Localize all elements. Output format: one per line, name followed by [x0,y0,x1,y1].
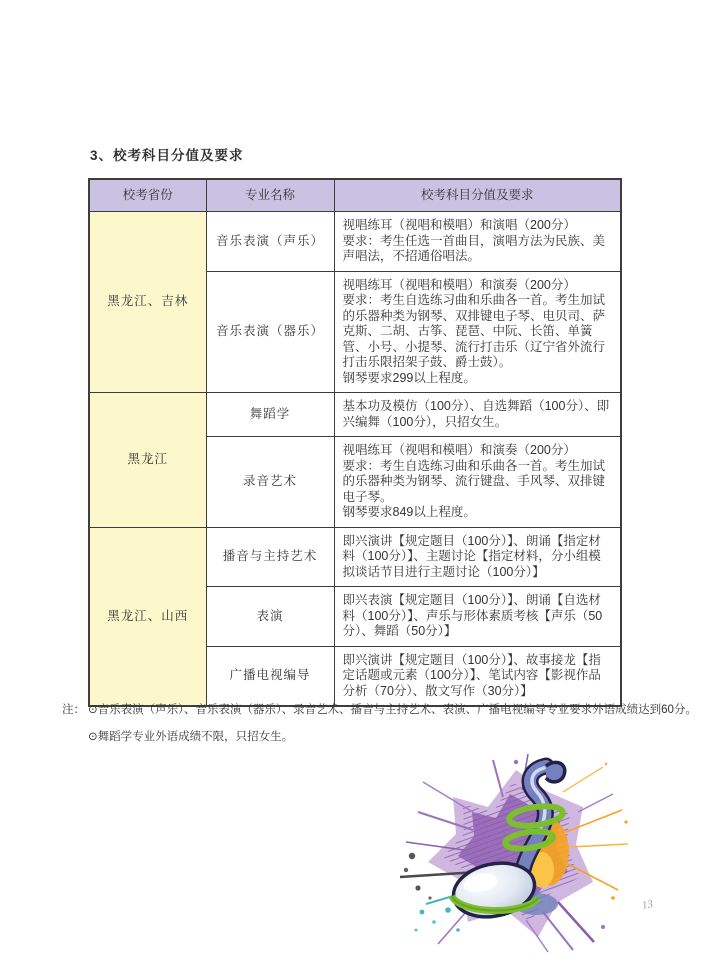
header-major: 专业名称 [206,179,334,212]
requirements-cell: 即兴演讲【规定题目（100分）】、故事接龙【指定话题或元素（100分）】、笔试内… [334,646,621,706]
major-cell: 广播电视编导 [206,646,334,706]
table-row: 黑龙江舞蹈学基本功及模仿（100分）、自选舞蹈（100分）、即兴编舞（100分）… [89,393,621,437]
province-cell: 黑龙江 [89,393,206,528]
exam-table-body: 黑龙江、吉林音乐表演（声乐）视唱练耳（视唱和模唱）和演唱（200分）要求：考生任… [89,212,621,707]
paint-splatter [400,754,628,952]
requirement-paragraph: 基本功及模仿（100分）、自选舞蹈（100分）、即兴编舞（100分），只招女生。 [343,399,613,430]
requirement-paragraph: 钢琴要求849以上程度。 [343,505,613,521]
major-cell: 表演 [206,587,334,647]
requirements-cell: 即兴表演【规定题目（100分）】、朗诵【自选材料（100分）】、声乐与形体素质考… [334,587,621,647]
footnotes: 注： ⊙音乐表演（声乐）、音乐表演（器乐）、录音艺术、播音与主持艺术、表演、广播… [62,702,697,756]
requirements-cell: 视唱练耳（视唱和模唱）和演奏（200分）要求：考生自选练习曲和乐曲各一首。考生加… [334,271,621,393]
note-item: ⊙舞蹈学专业外语成绩不限，只招女生。 [88,729,697,745]
music-note-graphic [398,752,633,957]
section-title: 3、校考科目分值及要求 [90,144,244,164]
note-items: ⊙音乐表演（声乐）、音乐表演（器乐）、录音艺术、播音与主持艺术、表演、广播电视编… [88,702,697,756]
table-row: 黑龙江、吉林音乐表演（声乐）视唱练耳（视唱和模唱）和演唱（200分）要求：考生任… [89,212,621,272]
requirement-paragraph: 即兴演讲【规定题目（100分）】、朗诵【指定材料（100分）】、主题讨论【指定材… [343,534,613,581]
province-cell: 黑龙江、山西 [89,527,206,706]
table-header-row: 校考省份 专业名称 校考科目分值及要求 [89,179,621,212]
exam-requirements-table: 校考省份 专业名称 校考科目分值及要求 黑龙江、吉林音乐表演（声乐）视唱练耳（视… [88,178,622,707]
header-requirements: 校考科目分值及要求 [334,179,621,212]
major-cell: 录音艺术 [206,437,334,528]
requirement-paragraph: 即兴演讲【规定题目（100分）】、故事接龙【指定话题或元素（100分）】、笔试内… [343,653,613,700]
major-cell: 音乐表演（器乐） [206,271,334,393]
requirement-paragraph: 视唱练耳（视唱和模唱）和演奏（200分） [343,278,613,294]
requirement-paragraph: 要求：考生自选练习曲和乐曲各一首。考生加试的乐器种类为钢琴、双排键电子琴、电贝司… [343,293,613,371]
province-cell: 黑龙江、吉林 [89,212,206,393]
major-cell: 音乐表演（声乐） [206,212,334,272]
major-cell: 舞蹈学 [206,393,334,437]
page-number: 13 [641,898,654,912]
requirement-paragraph: 要求：考生自选练习曲和乐曲各一首。考生加试的乐器种类为钢琴、流行键盘、手风琴、双… [343,459,613,506]
note-item: ⊙音乐表演（声乐）、音乐表演（器乐）、录音艺术、播音与主持艺术、表演、广播电视编… [88,702,697,718]
requirements-cell: 基本功及模仿（100分）、自选舞蹈（100分）、即兴编舞（100分），只招女生。 [334,393,621,437]
requirements-cell: 视唱练耳（视唱和模唱）和演奏（200分）要求：考生自选练习曲和乐曲各一首。考生加… [334,437,621,528]
requirement-paragraph: 视唱练耳（视唱和模唱）和演奏（200分） [343,443,613,459]
requirement-paragraph: 钢琴要求299以上程度。 [343,371,613,387]
requirement-paragraph: 视唱练耳（视唱和模唱）和演唱（200分） [343,218,613,234]
header-province: 校考省份 [89,179,206,212]
requirement-paragraph: 即兴表演【规定题目（100分）】、朗诵【自选材料（100分）】、声乐与形体素质考… [343,593,613,640]
requirement-paragraph: 要求：考生任选一首曲目，演唱方法为民族、美声唱法，不招通俗唱法。 [343,234,613,265]
major-cell: 播音与主持艺术 [206,527,334,587]
note-prefix: 注： [62,702,85,756]
requirements-cell: 视唱练耳（视唱和模唱）和演唱（200分）要求：考生任选一首曲目，演唱方法为民族、… [334,212,621,272]
document-page: 3、校考科目分值及要求 校考省份 专业名称 校考科目分值及要求 黑龙江、吉林音乐… [0,0,709,969]
requirements-cell: 即兴演讲【规定题目（100分）】、朗诵【指定材料（100分）】、主题讨论【指定材… [334,527,621,587]
table-row: 黑龙江、山西播音与主持艺术即兴演讲【规定题目（100分）】、朗诵【指定材料（10… [89,527,621,587]
